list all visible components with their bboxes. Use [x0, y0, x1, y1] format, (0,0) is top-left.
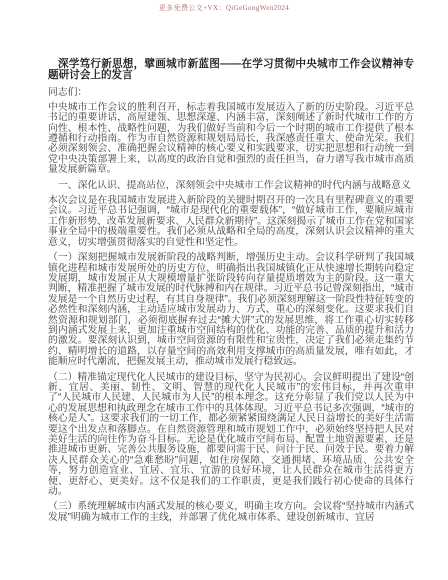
paragraph-list: 中央城市工作会议的胜利召开，标志着我国城市发展迈入了新的历史阶段。习近平总书记的… [48, 103, 414, 523]
paragraph: 本次会议是在我国城市发展进入新阶段的关键时期召开的一次具有里程碑意义的重要会议。… [48, 196, 414, 248]
watermark-header: 更多免费公文+VX：QiGeGongWen2024 [0, 3, 448, 13]
paragraph: 中央城市工作会议的胜利召开，标志着我国城市发展迈入了新的历史阶段。习近平总书记的… [48, 103, 414, 176]
document-page: 更多免费公文+VX：QiGeGongWen2024 深学笃行新思想，擘画城市新蓝… [0, 0, 448, 580]
paragraph: （二）精准锚定现代化人民城市的建设目标，坚守为民初心。会议鲜明提出了建设“创新、… [48, 373, 414, 498]
section-heading: 一、深化认识、提高站位，深刻领会中央城市工作会议精神的时代内涵与战略意义 [48, 181, 414, 191]
document-body: 深学笃行新思想，擘画城市新蓝图——在学习贯彻中央城市工作会议精神专题研讨会上的发… [48, 59, 414, 528]
salutation: 同志们： [48, 88, 414, 98]
document-title: 深学笃行新思想，擘画城市新蓝图——在学习贯彻中央城市工作会议精神专题研讨会上的发… [48, 59, 414, 81]
paragraph: （一）深刻把握城市发展新阶段的战略判断，增强历史主动。会议科学研判了我国城镇化进… [48, 253, 414, 367]
paragraph: （三）系统理解城市内涵式发展的核心要义，明确主攻方向。会议将“坚持城市内涵式发展… [48, 502, 414, 523]
